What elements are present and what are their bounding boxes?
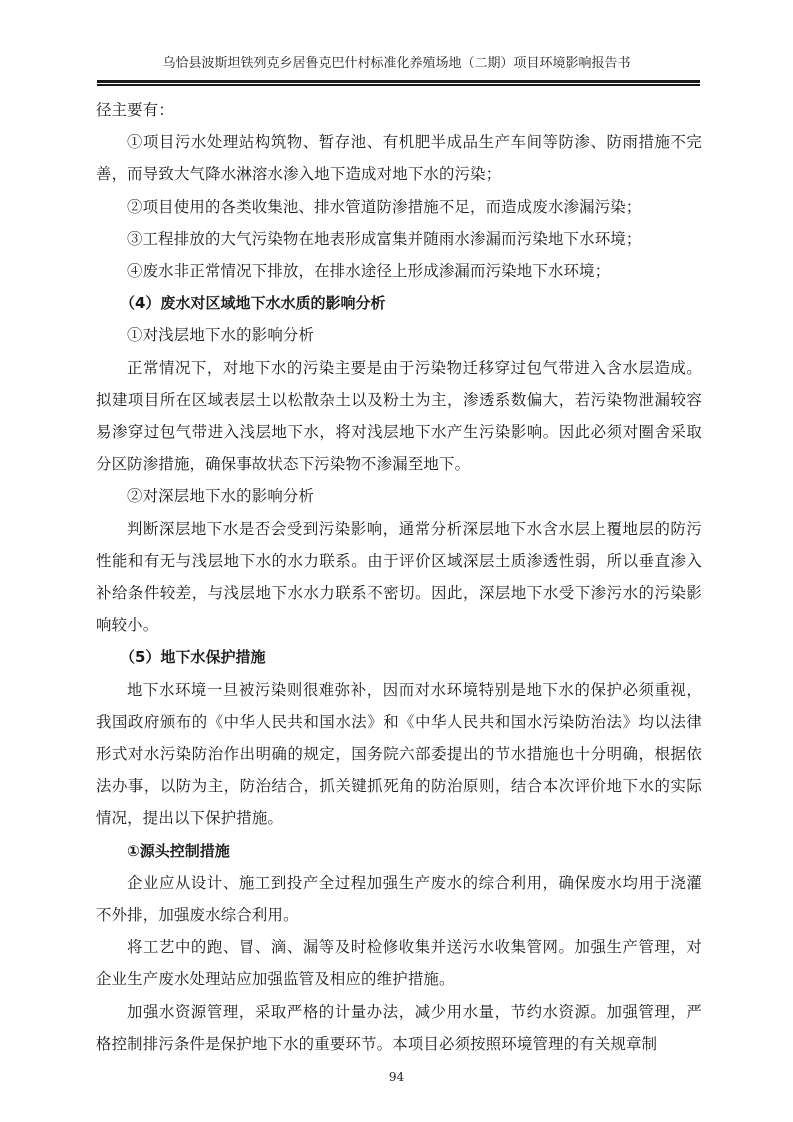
source-control-heading: ①源头控制措施 — [96, 835, 702, 867]
source-control-paragraph-2: 将工艺中的跑、冒、滴、漏等及时检修收集并送污水收集管网。加强生产管理，对企业生产… — [96, 931, 702, 995]
deep-groundwater-title: ②对深层地下水的影响分析 — [96, 480, 702, 512]
page-number: 94 — [0, 1070, 793, 1084]
deep-groundwater-text: 判断深层地下水是否会受到污染影响，通常分析深层地下水含水层上覆地层的防污性能和有… — [96, 513, 702, 642]
pathway-item-1: ①项目污水处理站构筑物、暂存池、有机肥半成品生产车间等防渗、防雨措施不完善，而导… — [96, 126, 702, 190]
header-rule-thin — [97, 84, 700, 86]
source-control-paragraph-1: 企业应从设计、施工到投产全过程加强生产废水的综合利用，确保废水均用于浇灌不外排，… — [96, 867, 702, 931]
section-5-text: 地下水环境一旦被污染则很难弥补，因而对水环境特别是地下水的保护必须重视，我国政府… — [96, 674, 702, 835]
header-double-rule — [97, 80, 700, 86]
intro-text: 径主要有： — [96, 94, 702, 126]
running-header-title: 乌恰县波斯坦铁列克乡居鲁克巴什村标准化养殖场地（二期）项目环境影响报告书 — [0, 52, 793, 71]
page-body: 径主要有： ①项目污水处理站构筑物、暂存池、有机肥半成品生产车间等防渗、防雨措施… — [96, 94, 702, 1060]
pathway-item-4: ④废水非正常情况下排放，在排水途径上形成渗漏而污染地下水环境； — [96, 255, 702, 287]
section-5-heading: （5）地下水保护措施 — [96, 641, 702, 673]
shallow-groundwater-text: 正常情况下，对地下水的污染主要是由于污染物迁移穿过包气带进入含水层造成。拟建项目… — [96, 352, 702, 481]
shallow-groundwater-title: ①对浅层地下水的影响分析 — [96, 319, 702, 351]
pathway-item-2: ②项目使用的各类收集池、排水管道防渗措施不足，而造成废水渗漏污染； — [96, 191, 702, 223]
section-4-heading: （4）废水对区域地下水水质的影响分析 — [96, 287, 702, 319]
pathway-item-3: ③工程排放的大气污染物在地表形成富集并随雨水渗漏而污染地下水环境； — [96, 223, 702, 255]
source-control-paragraph-3: 加强水资源管理，采取严格的计量办法，减少用水量，节约水资源。加强管理，严格控制排… — [96, 996, 702, 1060]
